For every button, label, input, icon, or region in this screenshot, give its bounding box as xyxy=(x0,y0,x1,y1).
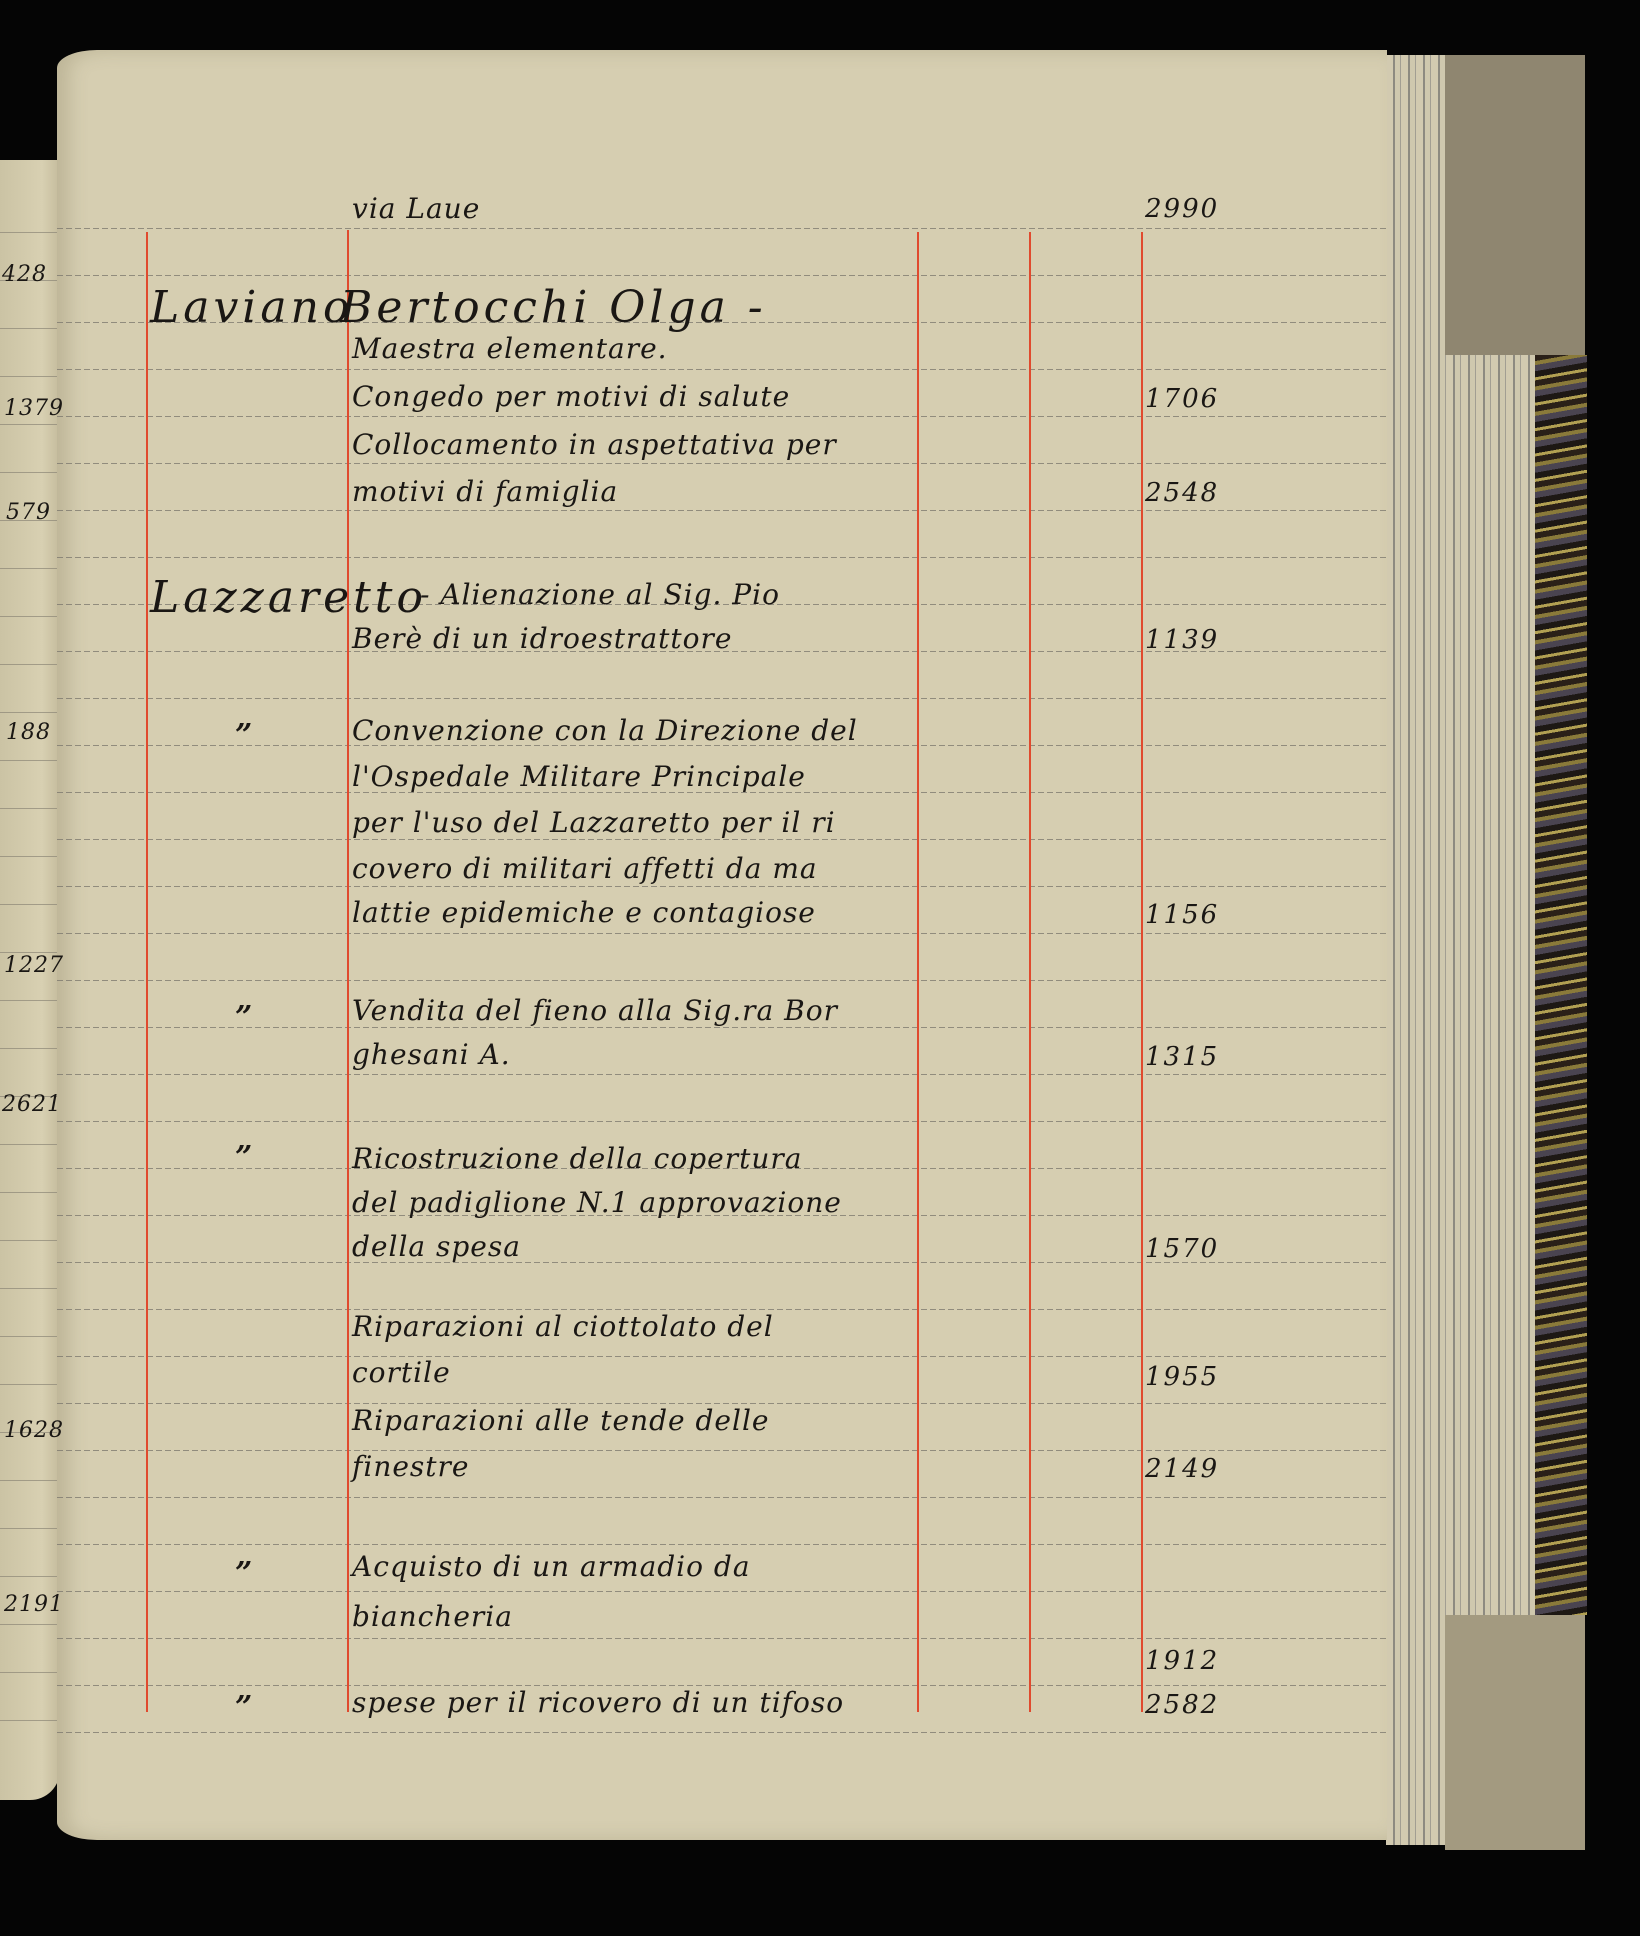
ruling-line xyxy=(0,424,60,425)
ruling-line xyxy=(57,510,1387,511)
ruling-line xyxy=(0,1048,60,1049)
entry-line: Ricostruzione della copertura xyxy=(352,1142,802,1175)
entry-number: 1955 xyxy=(1145,1362,1219,1392)
left-margin-number: 1227 xyxy=(4,953,64,978)
entry-line: Bertocchi Olga - xyxy=(340,282,767,333)
ruling-line xyxy=(0,1624,60,1625)
ditto-mark: ” xyxy=(235,1140,253,1175)
ruling-line xyxy=(0,1480,60,1481)
ruling-line xyxy=(57,463,1387,464)
entry-number: 2582 xyxy=(1145,1690,1219,1720)
entry-line: Riparazioni alle tende delle xyxy=(352,1404,769,1437)
ruling-line xyxy=(57,557,1387,558)
entry-line: cortile xyxy=(352,1356,451,1389)
entry-line: Vendita del fieno alla Sig.ra Bor xyxy=(352,994,838,1027)
left-margin-number: 1628 xyxy=(4,1418,64,1443)
entry-line: Convenzione con la Direzione del xyxy=(352,714,858,747)
ruling-line xyxy=(0,472,60,473)
entry-line: Berè di un idroestrattore xyxy=(352,622,732,655)
ruling-line xyxy=(0,1192,60,1193)
entry-number: 2149 xyxy=(1145,1454,1219,1484)
ruling-line xyxy=(0,904,60,905)
book-cover-marbled-edge xyxy=(1535,355,1587,1615)
entry-heading: Lazzaretto xyxy=(150,572,427,623)
column-rule-description xyxy=(347,230,349,1712)
ruling-line xyxy=(0,856,60,857)
ruling-line xyxy=(57,886,1387,887)
ruling-line xyxy=(0,328,60,329)
ruling-line xyxy=(57,1497,1387,1498)
ruling-line xyxy=(57,1450,1387,1451)
ruling-line xyxy=(57,1074,1387,1075)
entry-number: 2548 xyxy=(1145,478,1219,508)
ruling-line xyxy=(57,1544,1387,1545)
entry-line: del padiglione N.1 approvazione xyxy=(352,1186,842,1219)
left-margin-number: 428 xyxy=(2,262,47,287)
column-rule-name xyxy=(146,232,148,1712)
left-margin-number: 2191 xyxy=(4,1592,64,1617)
ruling-line xyxy=(0,1240,60,1241)
ruling-line xyxy=(0,376,60,377)
entry-line: motivi di famiglia xyxy=(352,475,618,508)
entry-line: ghesani A. xyxy=(352,1038,511,1071)
ruling-line xyxy=(57,1121,1387,1122)
ruling-line xyxy=(57,228,1387,229)
ruling-line xyxy=(57,1732,1387,1733)
entry-line: - Alienazione al Sig. Pio xyxy=(420,578,780,611)
entry-line: l'Ospedale Militare Principale xyxy=(352,760,806,793)
entry-line: Riparazioni al ciottolato del xyxy=(352,1310,774,1343)
book-cover-corner-top xyxy=(1445,55,1585,355)
entry-line: Congedo per motivi di salute xyxy=(352,380,790,413)
ruling-line xyxy=(0,568,60,569)
ruling-line xyxy=(0,1528,60,1529)
entry-number: 1912 xyxy=(1145,1646,1219,1676)
column-rule-extra-2 xyxy=(1029,232,1031,1712)
ruling-line xyxy=(0,1720,60,1721)
left-margin-number: 188 xyxy=(6,720,51,745)
ruling-line xyxy=(57,1638,1387,1639)
ruling-line xyxy=(57,933,1387,934)
left-margin-number: 2621 xyxy=(2,1092,62,1117)
ditto-mark: ” xyxy=(235,1690,253,1725)
ditto-mark: ” xyxy=(235,1556,253,1591)
ditto-mark: ” xyxy=(235,1000,253,1035)
ruling-line xyxy=(0,1384,60,1385)
column-rule-number xyxy=(1141,232,1143,1712)
entry-line: spese per il ricovero di un tifoso xyxy=(352,1686,844,1719)
entry-line: lattie epidemiche e contagiose xyxy=(352,896,816,929)
entry-line: Maestra elementare. xyxy=(352,332,668,365)
entry-heading: Laviano xyxy=(150,282,353,333)
ruling-line xyxy=(57,980,1387,981)
ruling-line xyxy=(57,1356,1387,1357)
ruling-line xyxy=(0,1144,60,1145)
ruling-line xyxy=(57,1591,1387,1592)
left-margin-number: 579 xyxy=(6,500,51,525)
ruling-line xyxy=(0,664,60,665)
ruling-line xyxy=(0,1336,60,1337)
ruling-line xyxy=(57,275,1387,276)
ruling-line xyxy=(0,1576,60,1577)
entry-number: 1315 xyxy=(1145,1042,1219,1072)
ruling-line xyxy=(57,369,1387,370)
top-note-text: via Laue xyxy=(352,192,480,225)
left-margin-number: 1379 xyxy=(4,396,64,421)
ditto-mark: ” xyxy=(235,718,253,753)
entry-line: covero di militari affetti da ma xyxy=(352,852,818,885)
entry-line: Collocamento in aspettativa per xyxy=(352,428,837,461)
top-note-number: 2990 xyxy=(1145,194,1219,224)
column-rule-extra-1 xyxy=(917,232,919,1712)
ruling-line xyxy=(57,698,1387,699)
entry-line: Acquisto di un armadio da xyxy=(352,1550,751,1583)
entry-number: 1139 xyxy=(1145,625,1219,655)
ruling-line xyxy=(57,1027,1387,1028)
entry-number: 1156 xyxy=(1145,900,1219,930)
ruling-line xyxy=(57,839,1387,840)
ruling-line xyxy=(0,1288,60,1289)
entry-number: 1570 xyxy=(1145,1234,1219,1264)
ruling-line xyxy=(0,712,60,713)
ruling-line xyxy=(0,616,60,617)
ruling-line xyxy=(0,808,60,809)
ruling-line xyxy=(0,1672,60,1673)
ruling-line xyxy=(0,1000,60,1001)
ruling-line xyxy=(57,416,1387,417)
ruling-line xyxy=(0,760,60,761)
entry-number: 1706 xyxy=(1145,384,1219,414)
entry-line: biancheria xyxy=(352,1600,513,1633)
entry-line: finestre xyxy=(352,1450,470,1483)
entry-line: per l'uso del Lazzaretto per il ri xyxy=(352,806,836,839)
entry-line: della spesa xyxy=(352,1230,521,1263)
book-cover-corner-bottom xyxy=(1445,1615,1585,1850)
ruling-line xyxy=(0,232,60,233)
